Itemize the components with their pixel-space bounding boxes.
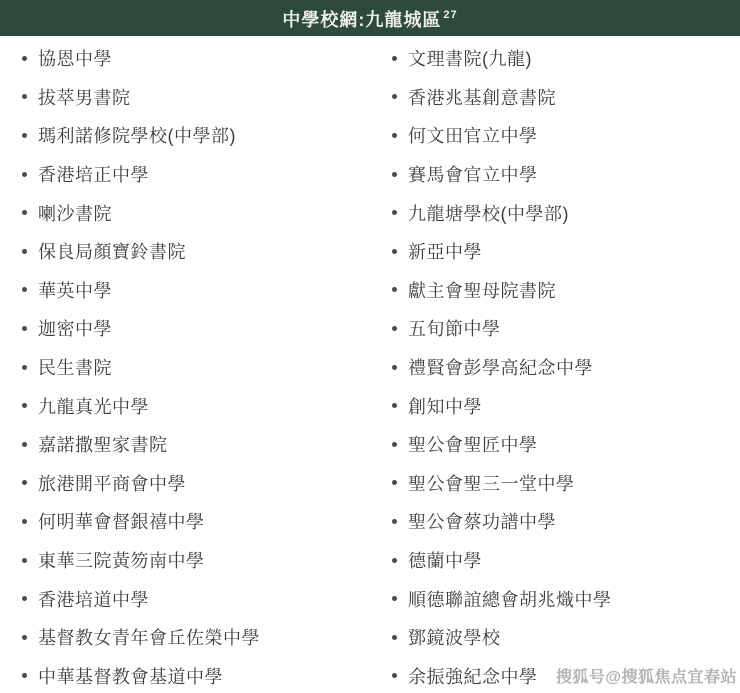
bullet-icon xyxy=(392,287,397,292)
school-name: 迦密中學 xyxy=(38,315,112,341)
school-name: 何文田官立中學 xyxy=(408,122,538,148)
bullet-icon xyxy=(392,326,397,331)
list-item: 文理書院(九龍) xyxy=(370,39,740,78)
list-item: 香港兆基創意書院 xyxy=(370,78,740,117)
list-item: 聖公會聖匠中學 xyxy=(370,425,740,464)
school-name: 五旬節中學 xyxy=(408,315,501,341)
bullet-icon xyxy=(22,673,27,678)
school-name: 民生書院 xyxy=(38,354,112,380)
list-item: 禮賢會彭學高紀念中學 xyxy=(370,348,740,387)
school-name: 余振強紀念中學 xyxy=(408,663,538,689)
list-item: 何文田官立中學 xyxy=(370,116,740,155)
school-name: 保良局顏寶鈴書院 xyxy=(38,238,186,264)
bullet-icon xyxy=(22,442,27,447)
school-list-right-column: 文理書院(九龍) 香港兆基創意書院 何文田官立中學 賽馬會官立中學 九龍塘學校(… xyxy=(370,39,740,693)
bullet-icon xyxy=(392,365,397,370)
bullet-icon xyxy=(392,442,397,447)
school-name: 創知中學 xyxy=(408,393,482,419)
page-title-text: 中學校網:九龍城區 xyxy=(282,10,441,30)
list-item: 香港培道中學 xyxy=(0,579,370,618)
school-name: 聖公會聖三一堂中學 xyxy=(408,470,575,496)
school-name: 獻主會聖母院書院 xyxy=(408,277,556,303)
page-title: 中學校網:九龍城區27 xyxy=(282,0,457,38)
bullet-icon xyxy=(392,210,397,215)
school-name: 九龍塘學校(中學部) xyxy=(408,200,569,226)
bullet-icon xyxy=(22,558,27,563)
list-item: 喇沙書院 xyxy=(0,193,370,232)
bullet-icon xyxy=(22,172,27,177)
school-name: 鄧鏡波學校 xyxy=(408,624,501,650)
list-item: 順德聯誼總會胡兆熾中學 xyxy=(370,579,740,618)
school-name: 香港培正中學 xyxy=(38,161,149,187)
list-item: 瑪利諾修院學校(中學部) xyxy=(0,116,370,155)
list-item: 基督教女青年會丘佐榮中學 xyxy=(0,618,370,657)
bullet-icon xyxy=(22,94,27,99)
bullet-icon xyxy=(22,635,27,640)
bullet-icon xyxy=(22,210,27,215)
list-item: 迦密中學 xyxy=(0,309,370,348)
school-name: 香港兆基創意書院 xyxy=(408,84,556,110)
school-name: 旅港開平商會中學 xyxy=(38,470,186,496)
school-name: 東華三院黃笏南中學 xyxy=(38,547,205,573)
school-name: 香港培道中學 xyxy=(38,586,149,612)
school-name: 基督教女青年會丘佐榮中學 xyxy=(38,624,260,650)
section-header: 中學校網:九龍城區27 xyxy=(0,0,740,36)
bullet-icon xyxy=(22,519,27,524)
bullet-icon xyxy=(392,673,397,678)
school-name: 順德聯誼總會胡兆熾中學 xyxy=(408,586,612,612)
list-item: 協恩中學 xyxy=(0,39,370,78)
school-name: 何明華會督銀禧中學 xyxy=(38,508,205,534)
bullet-icon xyxy=(392,480,397,485)
bullet-icon xyxy=(392,249,397,254)
school-name: 德蘭中學 xyxy=(408,547,482,573)
school-list-area: 協恩中學 拔萃男書院 瑪利諾修院學校(中學部) 香港培正中學 喇沙書院 xyxy=(0,36,740,693)
school-name: 賽馬會官立中學 xyxy=(408,161,538,187)
list-item: 拔萃男書院 xyxy=(0,78,370,117)
school-name: 華英中學 xyxy=(38,277,112,303)
list-item: 聖公會聖三一堂中學 xyxy=(370,464,740,503)
list-item: 中華基督教會基道中學 xyxy=(0,657,370,693)
list-item: 何明華會督銀禧中學 xyxy=(0,502,370,541)
school-name: 協恩中學 xyxy=(38,45,112,71)
school-name: 瑪利諾修院學校(中學部) xyxy=(38,122,236,148)
list-item: 九龍塘學校(中學部) xyxy=(370,193,740,232)
list-item: 五旬節中學 xyxy=(370,309,740,348)
list-item: 九龍真光中學 xyxy=(0,386,370,425)
list-item: 德蘭中學 xyxy=(370,541,740,580)
bullet-icon xyxy=(22,56,27,61)
school-name: 拔萃男書院 xyxy=(38,84,131,110)
bullet-icon xyxy=(22,287,27,292)
bullet-icon xyxy=(22,403,27,408)
bullet-icon xyxy=(392,635,397,640)
school-name: 中華基督教會基道中學 xyxy=(38,663,223,689)
bullet-icon xyxy=(22,596,27,601)
bullet-icon xyxy=(22,326,27,331)
school-name: 新亞中學 xyxy=(408,238,482,264)
list-item: 香港培正中學 xyxy=(0,155,370,194)
bullet-icon xyxy=(392,56,397,61)
footnote-reference: 27 xyxy=(443,9,457,21)
school-name: 喇沙書院 xyxy=(38,200,112,226)
list-item: 賽馬會官立中學 xyxy=(370,155,740,194)
bullet-icon xyxy=(392,596,397,601)
list-item: 鄧鏡波學校 xyxy=(370,618,740,657)
list-item: 旅港開平商會中學 xyxy=(0,464,370,503)
list-item: 嘉諾撒聖家書院 xyxy=(0,425,370,464)
watermark: 搜狐号@搜狐焦点宜春站 xyxy=(556,664,737,687)
list-item: 華英中學 xyxy=(0,271,370,310)
bullet-icon xyxy=(22,249,27,254)
bullet-icon xyxy=(392,94,397,99)
list-item: 東華三院黃笏南中學 xyxy=(0,541,370,580)
bullet-icon xyxy=(392,558,397,563)
bullet-icon xyxy=(22,133,27,138)
bullet-icon xyxy=(392,403,397,408)
list-item: 新亞中學 xyxy=(370,232,740,271)
list-item: 創知中學 xyxy=(370,386,740,425)
school-name: 九龍真光中學 xyxy=(38,393,149,419)
list-item: 保良局顏寶鈴書院 xyxy=(0,232,370,271)
bullet-icon xyxy=(22,365,27,370)
bullet-icon xyxy=(392,519,397,524)
school-name: 聖公會蔡功譜中學 xyxy=(408,508,556,534)
school-name: 嘉諾撒聖家書院 xyxy=(38,431,168,457)
bullet-icon xyxy=(392,133,397,138)
school-list-left-column: 協恩中學 拔萃男書院 瑪利諾修院學校(中學部) 香港培正中學 喇沙書院 xyxy=(0,39,370,693)
list-item: 聖公會蔡功譜中學 xyxy=(370,502,740,541)
school-name: 禮賢會彭學高紀念中學 xyxy=(408,354,593,380)
list-item: 獻主會聖母院書院 xyxy=(370,271,740,310)
bullet-icon xyxy=(392,172,397,177)
list-item: 民生書院 xyxy=(0,348,370,387)
bullet-icon xyxy=(22,480,27,485)
school-name: 聖公會聖匠中學 xyxy=(408,431,538,457)
school-name: 文理書院(九龍) xyxy=(408,45,532,71)
